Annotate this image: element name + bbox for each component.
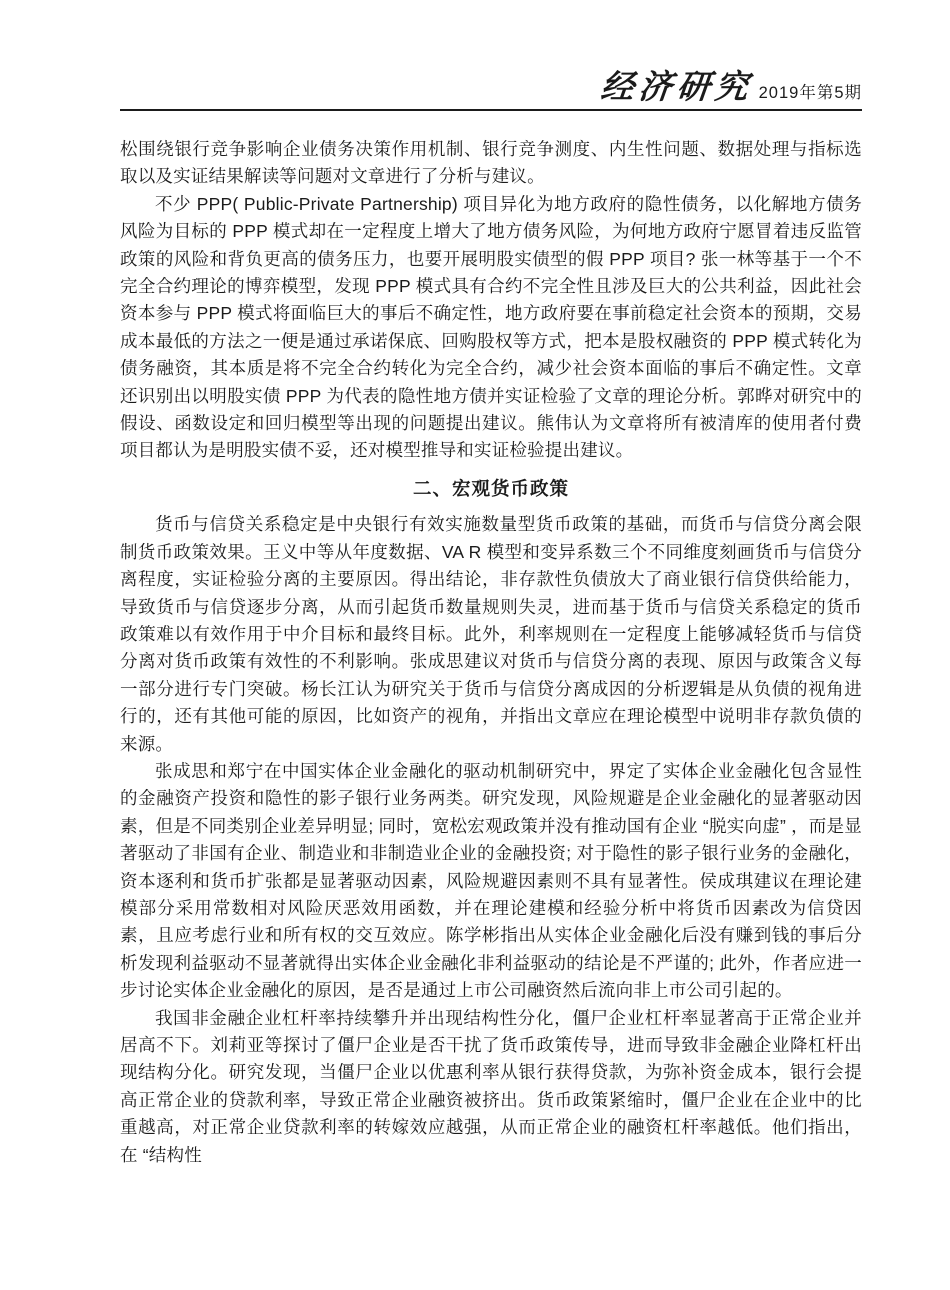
document-page: 经济研究 2019年第5期 松围绕银行竞争影响企业债务决策作用机制、银行竞争测度… [0,0,950,1290]
document-body: 松围绕银行竞争影响企业债务决策作用机制、银行竞争测度、内生性问题、数据处理与指标… [120,136,862,1169]
issue-label: 2019年第5期 [759,85,862,102]
paragraph-money-credit-separation: 货币与信贷关系稳定是中央银行有效实施数量型货币政策的基础，而货币与信贷分离会限制… [120,511,862,758]
paragraph-bank-competition: 松围绕银行竞争影响企业债务决策作用机制、银行竞争测度、内生性问题、数据处理与指标… [120,136,862,191]
paragraph-financialization: 张成思和郑宁在中国实体企业金融化的驱动机制研究中，界定了实体企业金融化包含显性的… [120,758,862,1005]
section-heading-monetary-policy: 二、宏观货币政策 [120,475,862,502]
paragraph-zombie-firms-leverage: 我国非金融企业杠杆率持续攀升并出现结构性分化，僵尸企业杠杆率显著高于正常企业并居… [120,1005,862,1169]
paragraph-ppp: 不少 PPP( Public-Private Partnership) 项目异化… [120,191,862,465]
page-header: 经济研究 2019年第5期 [120,70,862,111]
journal-logo: 经济研究 [599,70,754,103]
